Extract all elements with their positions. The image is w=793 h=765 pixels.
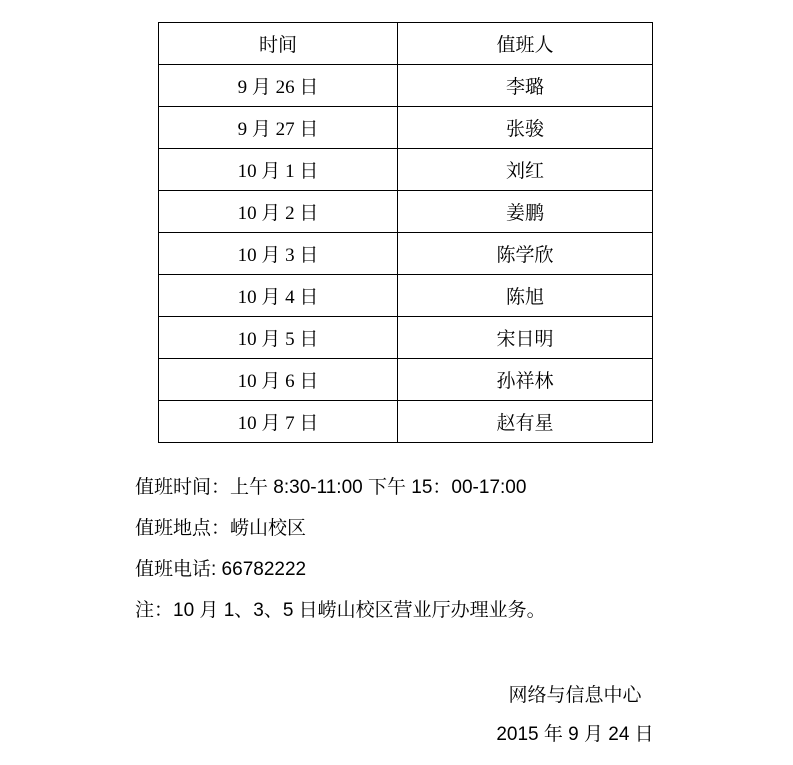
- date-cell: 10 月 4 日: [159, 275, 398, 317]
- table-row: 10 月 7 日 赵有星: [159, 401, 653, 443]
- date-cell: 9 月 27 日: [159, 107, 398, 149]
- person-cell: 李璐: [398, 65, 653, 107]
- date-cell: 10 月 1 日: [159, 149, 398, 191]
- table-row: 9 月 27 日 张骏: [159, 107, 653, 149]
- date-cell: 10 月 7 日: [159, 401, 398, 443]
- table-header-row: 时间 值班人: [159, 23, 653, 65]
- table-row: 10 月 1 日 刘红: [159, 149, 653, 191]
- info-line-duty-time: 值班时间：上午 8:30-11:00 下午 15：00-17:00: [135, 474, 526, 502]
- date-cell: 10 月 2 日: [159, 191, 398, 233]
- person-cell: 陈旭: [398, 275, 653, 317]
- signature-block: 网络与信息中心 2015 年 9 月 24 日: [460, 682, 690, 762]
- person-cell: 张骏: [398, 107, 653, 149]
- date-cell: 10 月 6 日: [159, 359, 398, 401]
- info-line-note: 注：10 月 1、3、5 日崂山校区营业厅办理业务。: [135, 597, 546, 625]
- date-cell: 10 月 5 日: [159, 317, 398, 359]
- table-row: 9 月 26 日 李璐: [159, 65, 653, 107]
- duty-roster-table: 时间 值班人 9 月 26 日 李璐 9 月 27 日 张骏 10 月 1 日 …: [158, 22, 653, 443]
- header-cell-time: 时间: [159, 23, 398, 65]
- person-cell: 赵有星: [398, 401, 653, 443]
- person-cell: 宋日明: [398, 317, 653, 359]
- person-cell: 刘红: [398, 149, 653, 191]
- info-line-duty-location: 值班地点：崂山校区: [135, 515, 306, 543]
- document-page: 时间 值班人 9 月 26 日 李璐 9 月 27 日 张骏 10 月 1 日 …: [0, 0, 793, 765]
- signature-date: 2015 年 9 月 24 日: [460, 721, 690, 749]
- table-row: 10 月 3 日 陈学欣: [159, 233, 653, 275]
- table-row: 10 月 6 日 孙祥林: [159, 359, 653, 401]
- date-cell: 9 月 26 日: [159, 65, 398, 107]
- table-row: 10 月 2 日 姜鹏: [159, 191, 653, 233]
- header-cell-person: 值班人: [398, 23, 653, 65]
- info-line-duty-phone: 值班电话: 66782222: [135, 556, 306, 584]
- table-row: 10 月 5 日 宋日明: [159, 317, 653, 359]
- date-cell: 10 月 3 日: [159, 233, 398, 275]
- person-cell: 陈学欣: [398, 233, 653, 275]
- signature-org: 网络与信息中心: [460, 682, 690, 710]
- person-cell: 孙祥林: [398, 359, 653, 401]
- person-cell: 姜鹏: [398, 191, 653, 233]
- table-row: 10 月 4 日 陈旭: [159, 275, 653, 317]
